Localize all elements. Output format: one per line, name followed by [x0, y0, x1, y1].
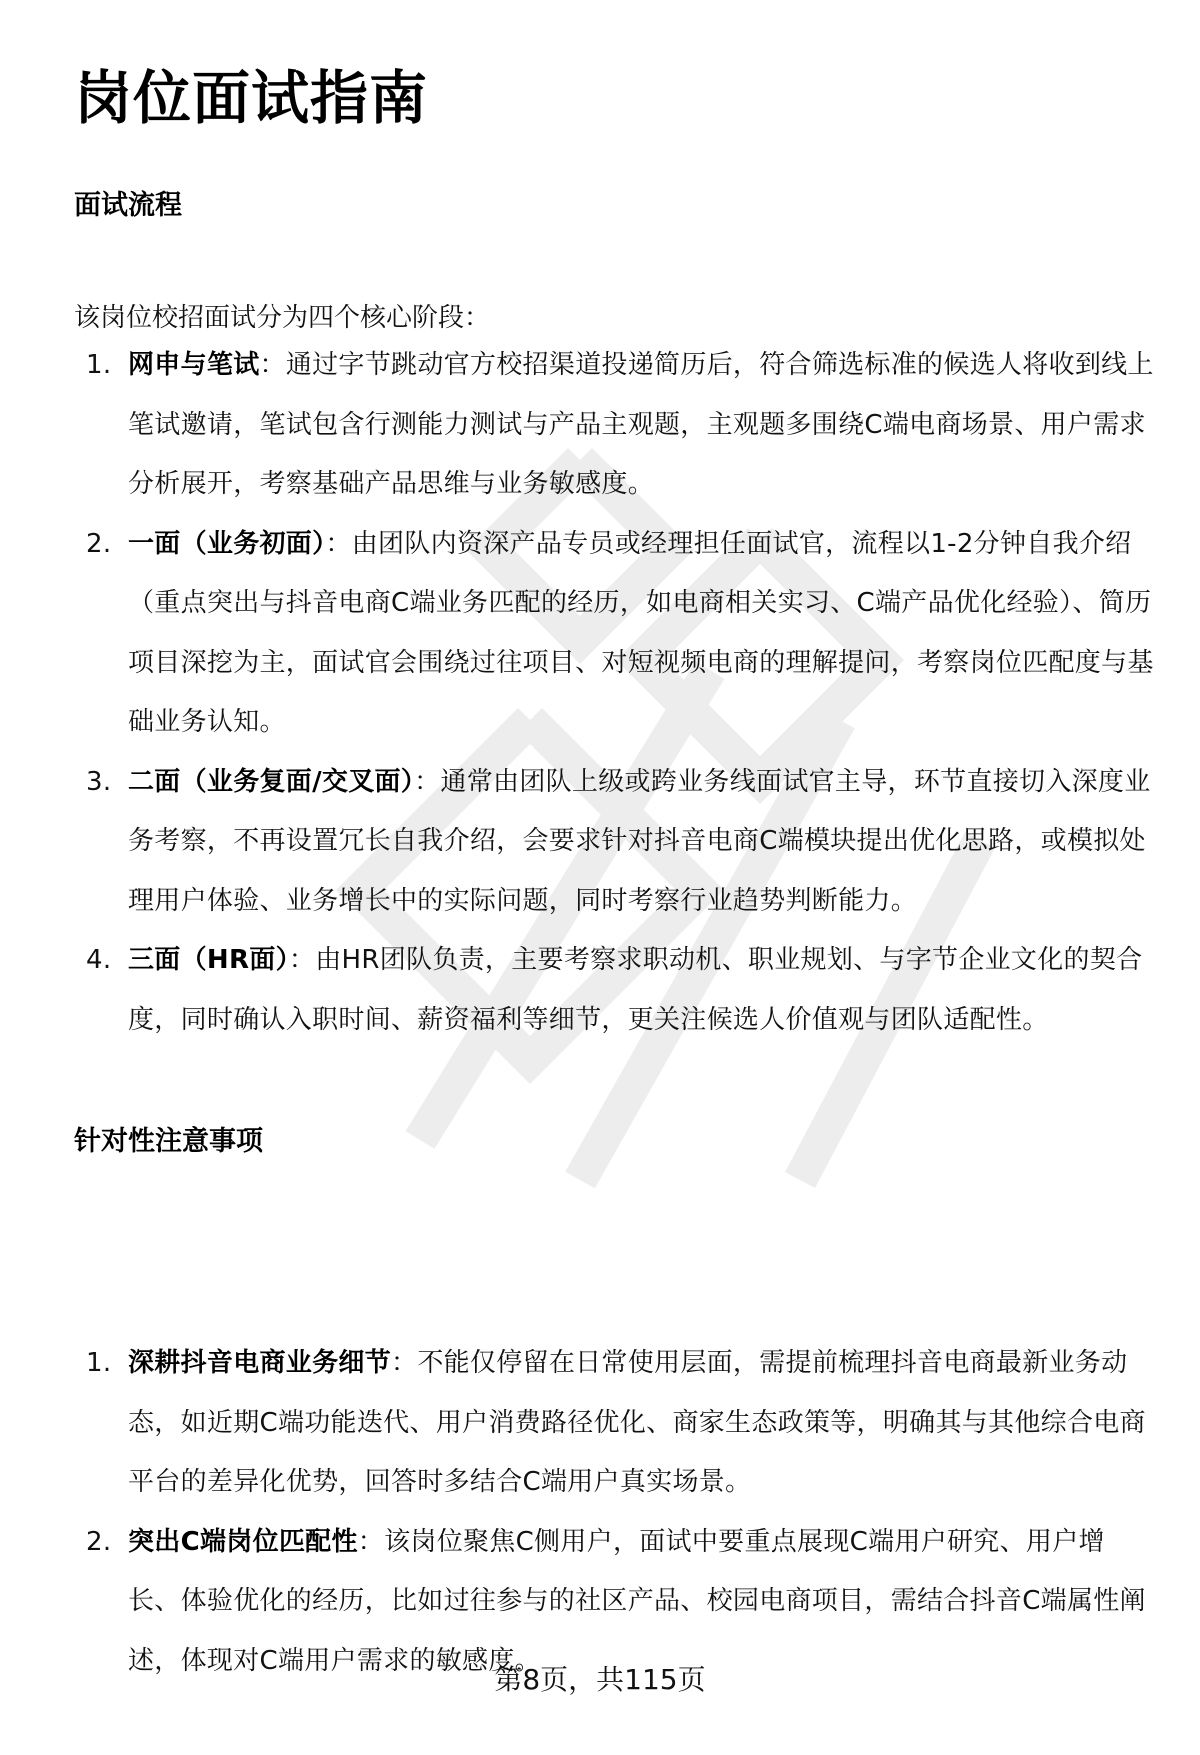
- list-item-separator: ：: [325, 529, 351, 559]
- key-notes-list: 1.深耕抖音电商业务细节：不能仅停留在日常使用层面，需提前梳理抖音电商最新业务动…: [74, 1334, 1154, 1691]
- list-number: 2.: [86, 1513, 111, 1573]
- page-number-footer: 第8页，共115页: [0, 1660, 1200, 1700]
- list-item-lead: 三面（HR面）: [128, 945, 289, 975]
- list-item-separator: ：: [414, 767, 440, 797]
- list-item-separator: ：: [391, 1348, 417, 1378]
- list-item-separator: ：: [260, 350, 286, 380]
- list-item-separator: ：: [358, 1527, 384, 1557]
- list-item: 2.一面（业务初面）：由团队内资深产品专员或经理担任面试官，流程以1-2分钟自我…: [74, 515, 1154, 753]
- list-item-body: 由团队内资深产品专员或经理担任面试官，流程以1-2分钟自我介绍（重点突出与抖音电…: [128, 529, 1154, 738]
- list-number: 3.: [86, 753, 111, 813]
- list-item-lead: 一面（业务初面）: [128, 529, 325, 559]
- page-title: 岗位面试指南: [74, 58, 428, 138]
- list-item-lead: 深耕抖音电商业务细节: [128, 1348, 391, 1378]
- document-page: 岗位面试指南 面试流程 该岗位校招面试分为四个核心阶段： 1.网申与笔试：通过字…: [0, 0, 1200, 1755]
- list-item: 3.二面（业务复面/交叉面）：通常由团队上级或跨业务线面试官主导，环节直接切入深…: [74, 753, 1154, 932]
- list-item: 1.深耕抖音电商业务细节：不能仅停留在日常使用层面，需提前梳理抖音电商最新业务动…: [74, 1334, 1154, 1513]
- interview-process-list: 1.网申与笔试：通过字节跳动官方校招渠道投递简历后，符合筛选标准的候选人将收到线…: [74, 336, 1154, 1050]
- list-item-lead: 二面（业务复面/交叉面）: [128, 767, 414, 797]
- section-heading-key-notes: 针对性注意事项: [74, 1122, 263, 1162]
- section-heading-interview-process: 面试流程: [74, 186, 182, 226]
- list-number: 4.: [86, 931, 111, 991]
- list-number: 1.: [86, 1334, 111, 1394]
- list-item-separator: ：: [289, 945, 315, 975]
- list-item: 4.三面（HR面）：由HR团队负责，主要考察求职动机、职业规划、与字节企业文化的…: [74, 931, 1154, 1050]
- list-number: 1.: [86, 336, 111, 396]
- list-item: 1.网申与笔试：通过字节跳动官方校招渠道投递简历后，符合筛选标准的候选人将收到线…: [74, 336, 1154, 515]
- list-item-lead: 突出C端岗位匹配性: [128, 1527, 358, 1557]
- list-item-lead: 网申与笔试: [128, 350, 260, 380]
- section-intro: 该岗位校招面试分为四个核心阶段：: [74, 298, 490, 338]
- list-number: 2.: [86, 515, 111, 575]
